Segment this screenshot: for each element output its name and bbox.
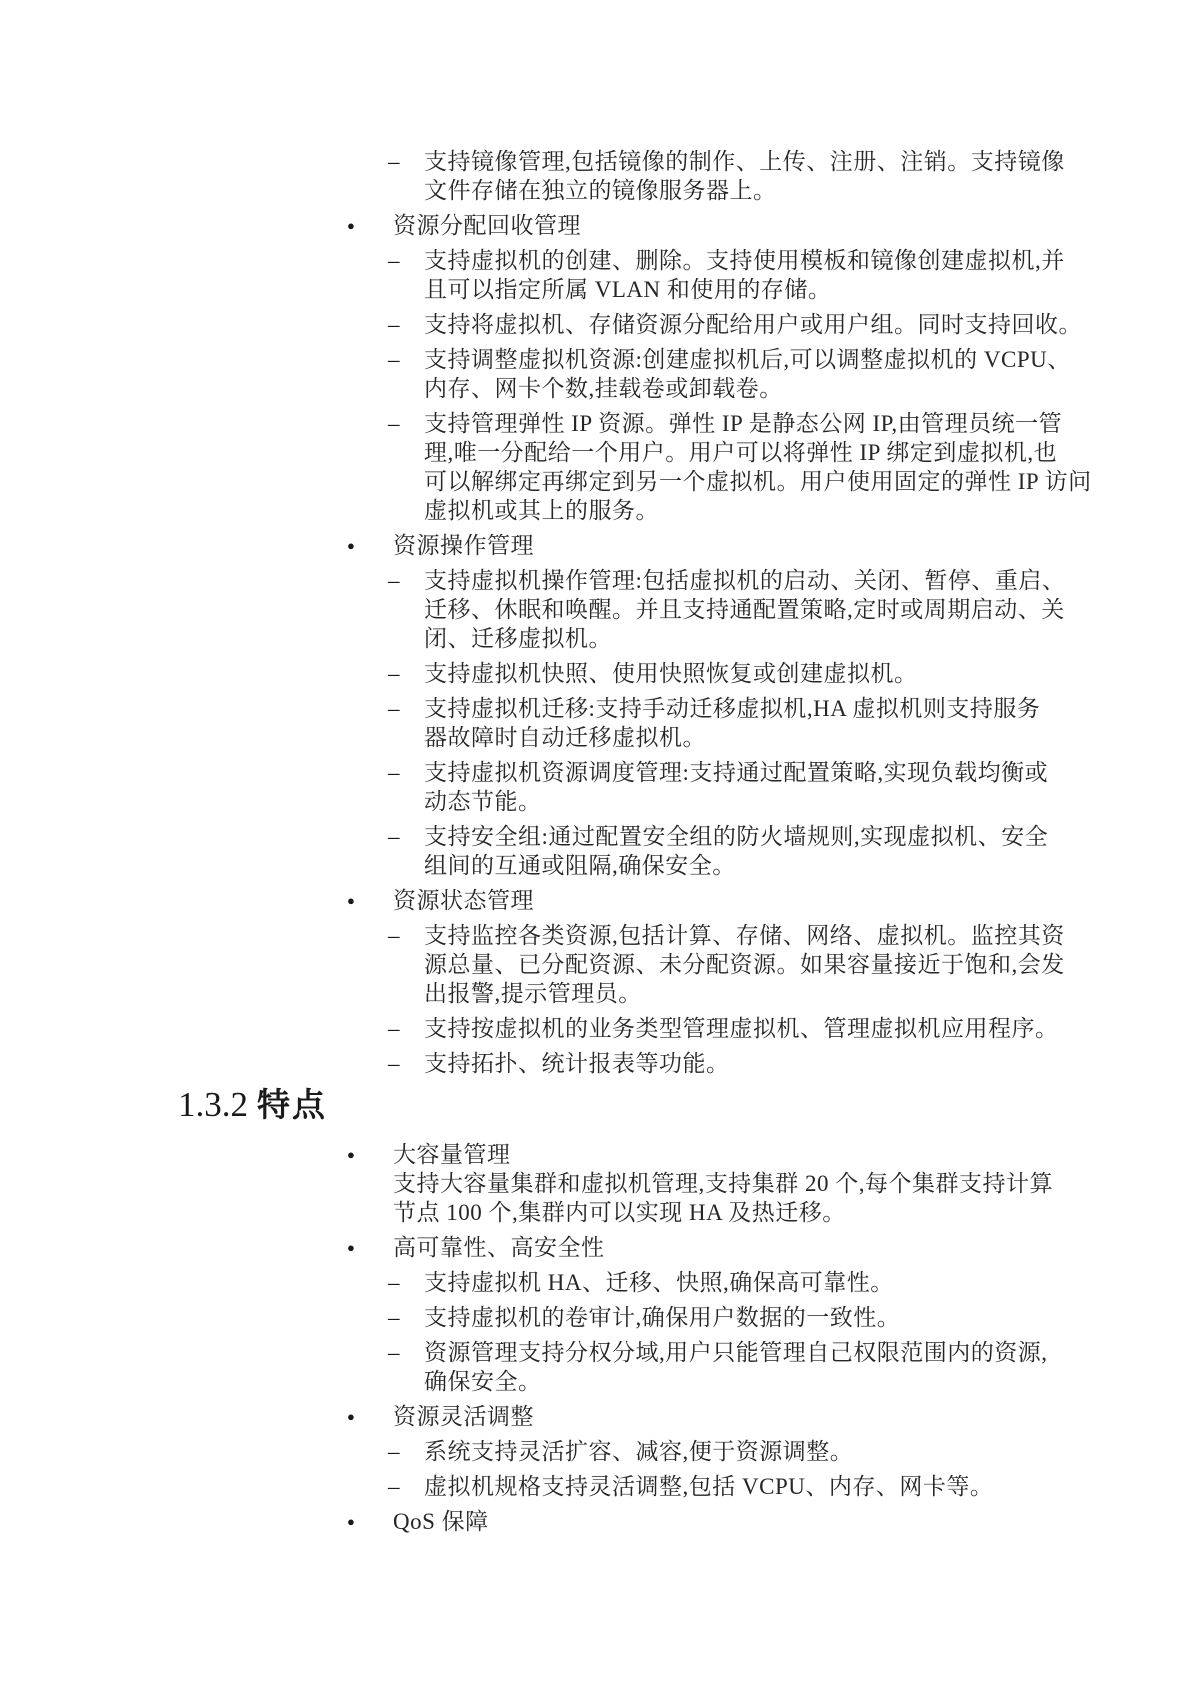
dash-icon: – <box>388 921 400 950</box>
bullet-icon: ● <box>347 1233 355 1262</box>
item-text: 资源灵活调整 <box>393 1402 1190 1431</box>
list-item: – 虚拟机规格支持灵活调整,包括 VCPU、内存、网卡等。 <box>0 1472 1190 1501</box>
list-item: ● 资源分配回收管理 <box>0 211 1190 240</box>
list-item: – 支持按虚拟机的业务类型管理虚拟机、管理虚拟机应用程序。 <box>0 1014 1190 1043</box>
item-text: 资源分配回收管理 <box>393 211 1190 240</box>
item-text: 资源状态管理 <box>393 886 1190 915</box>
list-item: – 支持虚拟机的创建、删除。支持使用模板和镜像创建虚拟机,并 且可以指定所属 V… <box>0 246 1190 304</box>
dash-icon: – <box>388 659 400 688</box>
dash-icon: – <box>388 1303 400 1332</box>
item-text: 支持虚拟机资源调度管理:支持通过配置策略,实现负载均衡或 动态节能。 <box>424 758 1190 816</box>
list-item: ● 资源灵活调整 <box>0 1402 1190 1431</box>
dash-icon: – <box>388 246 400 275</box>
list-item: – 支持调整虚拟机资源:创建虚拟机后,可以调整虚拟机的 VCPU、 内存、网卡个… <box>0 345 1190 403</box>
item-text: 支持调整虚拟机资源:创建虚拟机后,可以调整虚拟机的 VCPU、 内存、网卡个数,… <box>424 345 1190 403</box>
dash-icon: – <box>388 1437 400 1466</box>
item-text: 高可靠性、高安全性 <box>393 1233 1190 1262</box>
list-item: – 支持镜像管理,包括镜像的制作、上传、注册、注销。支持镜像 文件存储在独立的镜… <box>0 147 1190 205</box>
item-text: 支持拓扑、统计报表等功能。 <box>424 1049 1190 1078</box>
item-text: 支持安全组:通过配置安全组的防火墙规则,实现虚拟机、安全 组间的互通或阻隔,确保… <box>424 822 1190 880</box>
list-item: ● 高可靠性、高安全性 <box>0 1233 1190 1262</box>
bullet-icon: ● <box>347 1507 355 1536</box>
dash-icon: – <box>388 1268 400 1297</box>
list-item: ● 大容量管理 支持大容量集群和虚拟机管理,支持集群 20 个,每个集群支持计算… <box>0 1140 1190 1227</box>
list-item: – 资源管理支持分权分域,用户只能管理自己权限范围内的资源, 确保安全。 <box>0 1338 1190 1396</box>
item-text: 支持按虚拟机的业务类型管理虚拟机、管理虚拟机应用程序。 <box>424 1014 1190 1043</box>
list-item: – 支持虚拟机迁移:支持手动迁移虚拟机,HA 虚拟机则支持服务 器故障时自动迁移… <box>0 694 1190 752</box>
dash-icon: – <box>388 310 400 339</box>
bullet-icon: ● <box>347 531 355 560</box>
bullet-icon: ● <box>347 1402 355 1431</box>
item-text: QoS 保障 <box>393 1507 1190 1536</box>
dash-icon: – <box>388 147 400 176</box>
item-text: 大容量管理 支持大容量集群和虚拟机管理,支持集群 20 个,每个集群支持计算 节… <box>393 1140 1190 1227</box>
dash-icon: – <box>388 694 400 723</box>
dash-icon: – <box>388 345 400 374</box>
bullet-icon: ● <box>347 1140 355 1169</box>
list-item: – 支持将虚拟机、存储资源分配给用户或用户组。同时支持回收。 <box>0 310 1190 339</box>
item-text: 支持虚拟机 HA、迁移、快照,确保高可靠性。 <box>424 1268 1190 1297</box>
item-text: 支持镜像管理,包括镜像的制作、上传、注册、注销。支持镜像 文件存储在独立的镜像服… <box>424 147 1190 205</box>
list-item: ● 资源状态管理 <box>0 886 1190 915</box>
dash-icon: – <box>388 758 400 787</box>
list-item: – 支持虚拟机 HA、迁移、快照,确保高可靠性。 <box>0 1268 1190 1297</box>
list-item: ● 资源操作管理 <box>0 531 1190 560</box>
list-item: – 支持虚拟机的卷审计,确保用户数据的一致性。 <box>0 1303 1190 1332</box>
item-text: 支持将虚拟机、存储资源分配给用户或用户组。同时支持回收。 <box>424 310 1190 339</box>
dash-icon: – <box>388 1472 400 1501</box>
item-text: 支持管理弹性 IP 资源。弹性 IP 是静态公网 IP,由管理员统一管 理,唯一… <box>424 409 1190 525</box>
item-text: 虚拟机规格支持灵活调整,包括 VCPU、内存、网卡等。 <box>424 1472 1190 1501</box>
item-text: 支持虚拟机的卷审计,确保用户数据的一致性。 <box>424 1303 1190 1332</box>
heading-title: 特点 <box>257 1086 327 1123</box>
list-item: – 支持拓扑、统计报表等功能。 <box>0 1049 1190 1078</box>
document-page: – 支持镜像管理,包括镜像的制作、上传、注册、注销。支持镜像 文件存储在独立的镜… <box>0 0 1190 1682</box>
item-text: 支持虚拟机快照、使用快照恢复或创建虚拟机。 <box>424 659 1190 688</box>
item-text: 资源管理支持分权分域,用户只能管理自己权限范围内的资源, 确保安全。 <box>424 1338 1190 1396</box>
list-item: – 系统支持灵活扩容、减容,便于资源调整。 <box>0 1437 1190 1466</box>
list-item: – 支持虚拟机快照、使用快照恢复或创建虚拟机。 <box>0 659 1190 688</box>
section-heading: 1.3.2特点 <box>178 1084 1190 1130</box>
list-item: ● QoS 保障 <box>0 1507 1190 1536</box>
dash-icon: – <box>388 409 400 438</box>
dash-icon: – <box>388 566 400 595</box>
list-item: – 支持管理弹性 IP 资源。弹性 IP 是静态公网 IP,由管理员统一管 理,… <box>0 409 1190 525</box>
list-item: – 支持虚拟机操作管理:包括虚拟机的启动、关闭、暂停、重启、 迁移、休眠和唤醒。… <box>0 566 1190 653</box>
dash-icon: – <box>388 1049 400 1078</box>
item-text: 支持虚拟机操作管理:包括虚拟机的启动、关闭、暂停、重启、 迁移、休眠和唤醒。并且… <box>424 566 1190 653</box>
dash-icon: – <box>388 1014 400 1043</box>
bullet-icon: ● <box>347 886 355 915</box>
item-text: 系统支持灵活扩容、减容,便于资源调整。 <box>424 1437 1190 1466</box>
list-item: – 支持监控各类资源,包括计算、存储、网络、虚拟机。监控其资 源总量、已分配资源… <box>0 921 1190 1008</box>
item-text: 资源操作管理 <box>393 531 1190 560</box>
document-content: – 支持镜像管理,包括镜像的制作、上传、注册、注销。支持镜像 文件存储在独立的镜… <box>0 147 1190 1542</box>
dash-icon: – <box>388 822 400 851</box>
item-text: 支持监控各类资源,包括计算、存储、网络、虚拟机。监控其资 源总量、已分配资源、未… <box>424 921 1190 1008</box>
dash-icon: – <box>388 1338 400 1367</box>
heading-number: 1.3.2 <box>178 1085 248 1124</box>
item-text: 支持虚拟机迁移:支持手动迁移虚拟机,HA 虚拟机则支持服务 器故障时自动迁移虚拟… <box>424 694 1190 752</box>
bullet-icon: ● <box>347 211 355 240</box>
list-item: – 支持虚拟机资源调度管理:支持通过配置策略,实现负载均衡或 动态节能。 <box>0 758 1190 816</box>
list-item: – 支持安全组:通过配置安全组的防火墙规则,实现虚拟机、安全 组间的互通或阻隔,… <box>0 822 1190 880</box>
item-text: 支持虚拟机的创建、删除。支持使用模板和镜像创建虚拟机,并 且可以指定所属 VLA… <box>424 246 1190 304</box>
